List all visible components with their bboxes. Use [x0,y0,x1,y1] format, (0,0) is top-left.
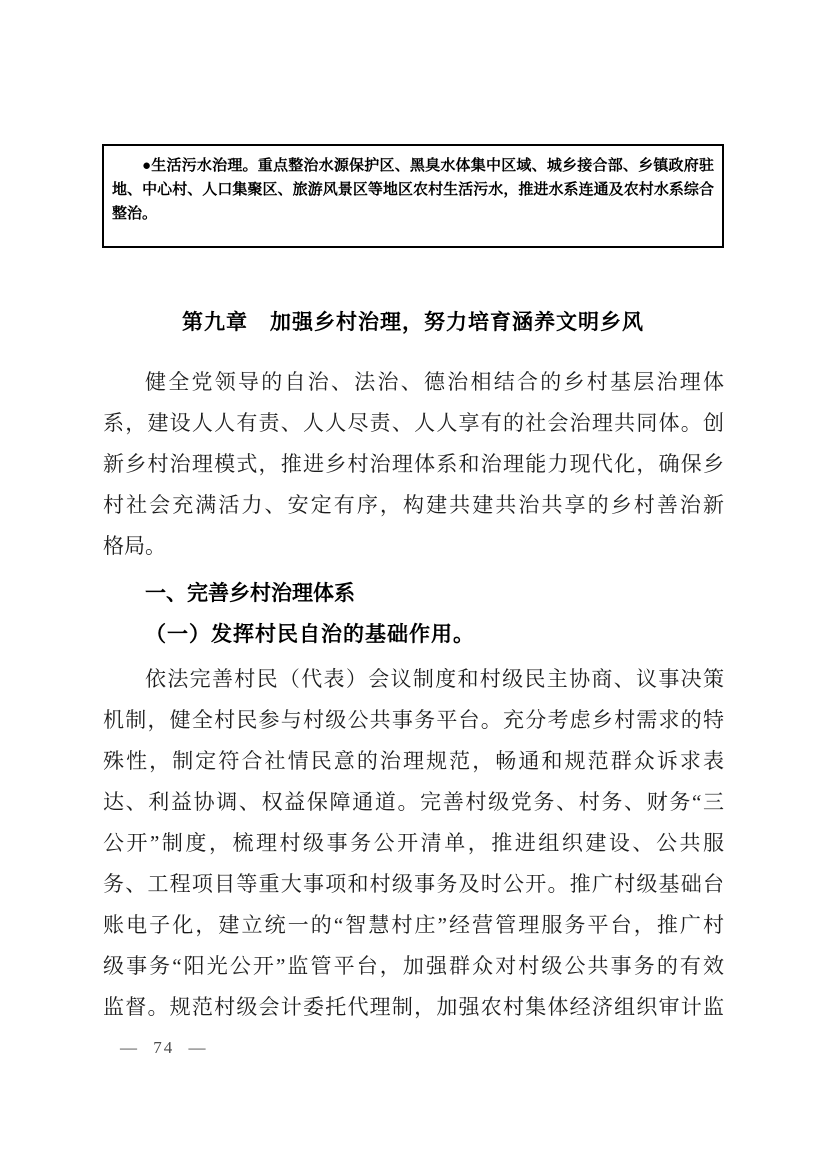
highlight-box-line: 整治。 [112,202,714,226]
highlight-box-line: ●生活污水治理。重点整治水源保护区、黑臭水体集中区域、城乡接合部、乡镇政府驻 [112,154,714,178]
body-line: 机制，健全村民参与村级公共事务平台。充分考虑乡村需求的特 [103,700,724,741]
body-line: 系，建设人人有责、人人尽责、人人享有的社会治理共同体。创 [103,403,724,444]
highlight-box-line: 地、中心村、人口集聚区、旅游风景区等地区农村生活污水，推进水系连通及农村水系综合 [112,178,714,202]
body-line: 监督。规范村级会计委托代理制，加强农村集体经济组织审计监 [103,987,724,1028]
subsection-heading: （一）发挥村民自治的基础作用。 [103,614,724,655]
body-line: 级事务“阳光公开”监管平台，加强群众对村级公共事务的有效 [103,946,724,987]
body-line: 殊性，制定符合社情民意的治理规范，畅通和规范群众诉求表 [103,741,724,782]
body-line: 村社会充满活力、安定有序，构建共建共治共享的乡村善治新 [103,485,724,526]
paragraph: 健全党领导的自治、法治、德治相结合的乡村基层治理体 系，建设人人有责、人人尽责、… [103,362,724,567]
chapter-title: 第九章 加强乡村治理，努力培育涵养文明乡风 [102,306,724,336]
body-line: 健全党领导的自治、法治、德治相结合的乡村基层治理体 [103,362,724,403]
highlight-box: ●生活污水治理。重点整治水源保护区、黑臭水体集中区域、城乡接合部、乡镇政府驻 地… [102,144,724,248]
body-line: 新乡村治理模式，推进乡村治理体系和治理能力现代化，确保乡 [103,444,724,485]
body-text: 健全党领导的自治、法治、德治相结合的乡村基层治理体 系，建设人人有责、人人尽责、… [103,362,724,1028]
body-line: 公开”制度，梳理村级事务公开清单，推进组织建设、公共服 [103,823,724,864]
body-line: 达、利益协调、权益保障通道。完善村级党务、村务、财务“三 [103,782,724,823]
body-line: 账电子化，建立统一的“智慧村庄”经营管理服务平台，推广村 [103,905,724,946]
paragraph: 依法完善村民（代表）会议制度和村级民主协商、议事决策 机制，健全村民参与村级公共… [103,659,724,1028]
section-heading: 一、完善乡村治理体系 [103,573,724,614]
document-page: ●生活污水治理。重点整治水源保护区、黑臭水体集中区域、城乡接合部、乡镇政府驻 地… [0,0,826,1169]
page-number: — 74 — [120,1038,208,1058]
body-line: 格局。 [103,526,724,567]
body-line: 依法完善村民（代表）会议制度和村级民主协商、议事决策 [103,659,724,700]
body-line: 务、工程项目等重大事项和村级事务及时公开。推广村级基础台 [103,864,724,905]
